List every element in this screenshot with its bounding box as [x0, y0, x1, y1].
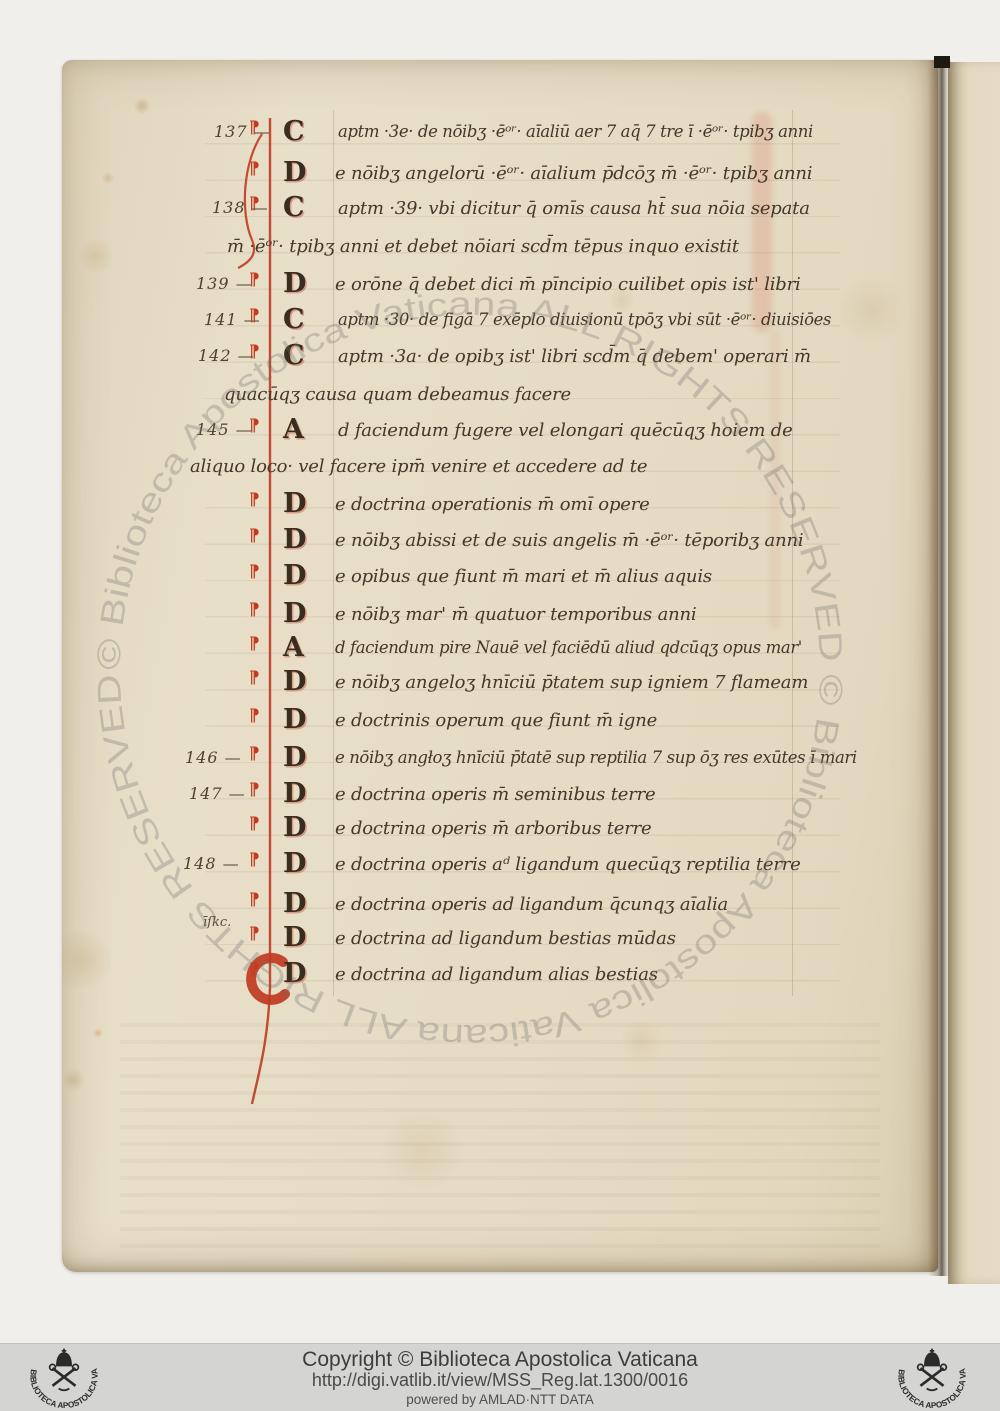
initial-letter: C: [283, 342, 305, 369]
rubric-mark-icon: [249, 670, 260, 688]
manuscript-line: D e nōibʒ angelorū ·ēᵒʳ· aīalium p̄dcōʒ …: [0, 163, 1000, 189]
rubric-mark-icon: [249, 962, 260, 980]
manuscript-line: D e doctrina operis m̄ arboribus terre: [0, 818, 1000, 844]
initial-letter: D: [283, 706, 306, 733]
initial-letter: D: [283, 744, 306, 771]
initial-letter: D: [283, 960, 306, 987]
manuscript-text: m̄ ·ēᵒʳ· tpibʒ anni et debet nōiari scd̄…: [227, 236, 739, 258]
initial-letter: D: [283, 490, 306, 517]
manuscript-line: 148 — D e doctrina operis aᵈ ligandum qu…: [0, 854, 1000, 880]
manuscript-text: aptm ·3a· de opibʒ ist' libri scd̄m q̄ d…: [338, 346, 811, 368]
manuscript-text: e doctrina operationis m̄ omī opere: [335, 494, 650, 516]
manuscript-text: e orōne q̄ debet dici m̄ pīncipio cuilib…: [335, 274, 801, 296]
manuscript-text: quacūqʒ causa quam debeamus facere: [224, 384, 571, 406]
rubric-mark-icon: [249, 418, 260, 436]
manuscript-line: A d faciendum pire Nauē vel faciēdū aliu…: [0, 638, 1000, 664]
manuscript-line: 137 — C aptm ·3e· de nōibʒ ·ēᵒʳ· aīaliū …: [0, 122, 1000, 148]
manuscript-text: e doctrina ad ligandum bestias mūdas: [335, 928, 676, 950]
rubric-mark-icon: [249, 528, 260, 546]
rubric-mark-icon: [249, 272, 260, 290]
initial-letter: D: [283, 159, 306, 186]
manuscript-line: aliquo loco· vel facere ipm̄ venire et a…: [0, 456, 1000, 482]
logo-ring-text: BIBLIOTECA APOSTOLICA VATICANA: [885, 1346, 968, 1408]
manuscript-text: e nōibʒ mar' m̄ quatuor temporibus anni: [335, 604, 697, 626]
manuscript-text: e nōibʒ angłoʒ hnīciū p̄tatē sup reptili…: [335, 748, 857, 768]
manuscript-text: e nōibʒ angelorū ·ēᵒʳ· aīalium p̄dcōʒ m̄…: [335, 163, 812, 185]
chapter-number: 145 —: [196, 422, 253, 438]
initial-letter: C: [283, 306, 305, 333]
manuscript-text: e doctrina operis m̄ arboribus terre: [335, 818, 651, 840]
rubric-mark-icon: [249, 308, 260, 326]
manuscript-text: d faciendum fugere vel elongari quēcūqʒ …: [338, 420, 793, 442]
initial-letter: D: [283, 600, 306, 627]
manuscript-line: 147 — D e doctrina operis m̄ seminibus t…: [0, 784, 1000, 810]
chapter-number: 148 —: [183, 856, 240, 872]
svg-text:BIBLIOTECA APOSTOLICA VATICANA: BIBLIOTECA APOSTOLICA VATICANA: [17, 1346, 100, 1408]
rubric-mark-icon: [249, 852, 260, 870]
footer-copyright: Copyright © Biblioteca Apostolica Vatica…: [0, 1348, 1000, 1371]
rubric-mark-icon: [249, 926, 260, 944]
chapter-number: 147 —: [189, 786, 246, 802]
manuscript-line: 138 — C aptm ·39· vbi dicitur q̄ omīs ca…: [0, 198, 1000, 224]
initial-letter: D: [283, 924, 306, 951]
initial-letter: D: [283, 890, 306, 917]
manuscript-text: aliquo loco· vel facere ipm̄ venire et a…: [190, 456, 647, 478]
initial-letter: D: [283, 270, 306, 297]
initial-letter: D: [283, 668, 306, 695]
manuscript-line: D e doctrina operationis m̄ omī opere: [0, 494, 1000, 520]
manuscript-text: e doctrina operis aᵈ ligandum quecūqʒ re…: [335, 854, 801, 876]
vatican-library-logo: BIBLIOTECA APOSTOLICA VATICANA: [16, 1346, 112, 1408]
scanned-manuscript-viewer: 137 — C aptm ·3e· de nōibʒ ·ēᵒʳ· aīaliū …: [0, 0, 1000, 1411]
initial-letter: D: [283, 780, 306, 807]
rubric-mark-icon: [249, 564, 260, 582]
initial-letter: D: [283, 814, 306, 841]
manuscript-text: e doctrina operis m̄ seminibus terre: [335, 784, 655, 806]
manuscript-line: D e doctrina operis ad ligandum q̄cunqʒ …: [0, 894, 1000, 920]
chapter-number: 138 —: [212, 200, 269, 216]
rubric-mark-icon: [249, 492, 260, 510]
rubric-mark-icon: [249, 816, 260, 834]
rubric-mark-icon: [249, 746, 260, 764]
initial-letter: D: [283, 526, 306, 553]
manuscript-line: 145 — A d faciendum fugere vel elongari …: [0, 420, 1000, 446]
manuscript-line: D e doctrina ad ligandum alias bestias: [0, 964, 1000, 990]
margin-note: īſkc.: [203, 916, 231, 929]
viewer-footer: Copyright © Biblioteca Apostolica Vatica…: [0, 1343, 1000, 1411]
footer-url: http://digi.vatlib.it/view/MSS_Reg.lat.1…: [0, 1371, 1000, 1391]
manuscript-text: e opibus que fiunt m̄ mari et m̄ alius a…: [335, 566, 712, 588]
rubric-mark-icon: [249, 161, 260, 179]
rubric-mark-icon: [249, 602, 260, 620]
rubric-mark-icon: [249, 344, 260, 362]
manuscript-text: aptm ·39· vbi dicitur q̄ omīs causa ht̄ …: [338, 198, 810, 220]
rubric-mark-icon: [249, 782, 260, 800]
chapter-number: 142 —: [198, 348, 255, 364]
manuscript-line: D e nōibʒ angeloʒ hnīciū p̄tatem sup ign…: [0, 672, 1000, 698]
initial-letter: C: [283, 118, 305, 145]
manuscript-line: D e nōibʒ abissi et de suis angelis m̄ ·…: [0, 530, 1000, 556]
rubric-mark-icon: [249, 120, 260, 138]
manuscript-line: 139 — D e orōne q̄ debet dici m̄ pīncipi…: [0, 274, 1000, 300]
vatican-library-logo: BIBLIOTECA APOSTOLICA VATICANA: [884, 1346, 980, 1408]
manuscript-line: D e nōibʒ mar' m̄ quatuor temporibus ann…: [0, 604, 1000, 630]
rubric-mark-icon: [249, 196, 260, 214]
initial-letter: A: [283, 416, 304, 443]
manuscript-text: e nōibʒ abissi et de suis angelis m̄ ·ēᵒ…: [335, 530, 803, 552]
manuscript-line: 142 — C aptm ·3a· de opibʒ ist' libri sc…: [0, 346, 1000, 372]
manuscript-line: D e opibus que fiunt m̄ mari et m̄ alius…: [0, 566, 1000, 592]
manuscript-text: e doctrinis operum que fiunt m̄ igne: [335, 710, 657, 732]
manuscript-line: D e doctrina ad ligandum bestias mūdas: [0, 928, 1000, 954]
initial-letter: A: [283, 634, 304, 661]
verso-showthrough: [120, 1010, 880, 1250]
manuscript-line: 141 — C aptm ·30· de figā 7 exēplo diuis…: [0, 310, 1000, 336]
chapter-number: 146 —: [185, 750, 242, 766]
manuscript-text: d faciendum pire Nauē vel faciēdū aliud …: [335, 638, 802, 658]
manuscript-text: e nōibʒ angeloʒ hnīciū p̄tatem sup ignie…: [335, 672, 808, 694]
logo-ring-text: BIBLIOTECA APOSTOLICA VATICANA: [17, 1346, 100, 1408]
chapter-number: 139 —: [196, 276, 253, 292]
manuscript-line: D e doctrinis operum que fiunt m̄ igne: [0, 710, 1000, 736]
rubric-mark-icon: [249, 892, 260, 910]
rubric-mark-icon: [249, 636, 260, 654]
initial-letter: D: [283, 562, 306, 589]
manuscript-line: 146 — D e nōibʒ angłoʒ hnīciū p̄tatē sup…: [0, 748, 1000, 774]
manuscript-text: e doctrina ad ligandum alias bestias: [335, 964, 658, 986]
manuscript-text: aptm ·30· de figā 7 exēplo diuisionū tpō…: [338, 310, 831, 330]
manuscript-line: m̄ ·ēᵒʳ· tpibʒ anni et debet nōiari scd̄…: [0, 236, 1000, 262]
svg-text:BIBLIOTECA APOSTOLICA VATICANA: BIBLIOTECA APOSTOLICA VATICANA: [885, 1346, 968, 1408]
chapter-number: 137 —: [214, 124, 271, 140]
manuscript-text: aptm ·3e· de nōibʒ ·ēᵒʳ· aīaliū aer 7 aq…: [338, 122, 813, 142]
rubric-mark-icon: [249, 708, 260, 726]
manuscript-text: e doctrina operis ad ligandum q̄cunqʒ aī…: [335, 894, 728, 916]
initial-letter: C: [283, 194, 305, 221]
footer-powered-by: powered by AMLAD·NTT DATA: [0, 1393, 1000, 1408]
manuscript-line: quacūqʒ causa quam debeamus facere: [0, 384, 1000, 410]
initial-letter: D: [283, 850, 306, 877]
